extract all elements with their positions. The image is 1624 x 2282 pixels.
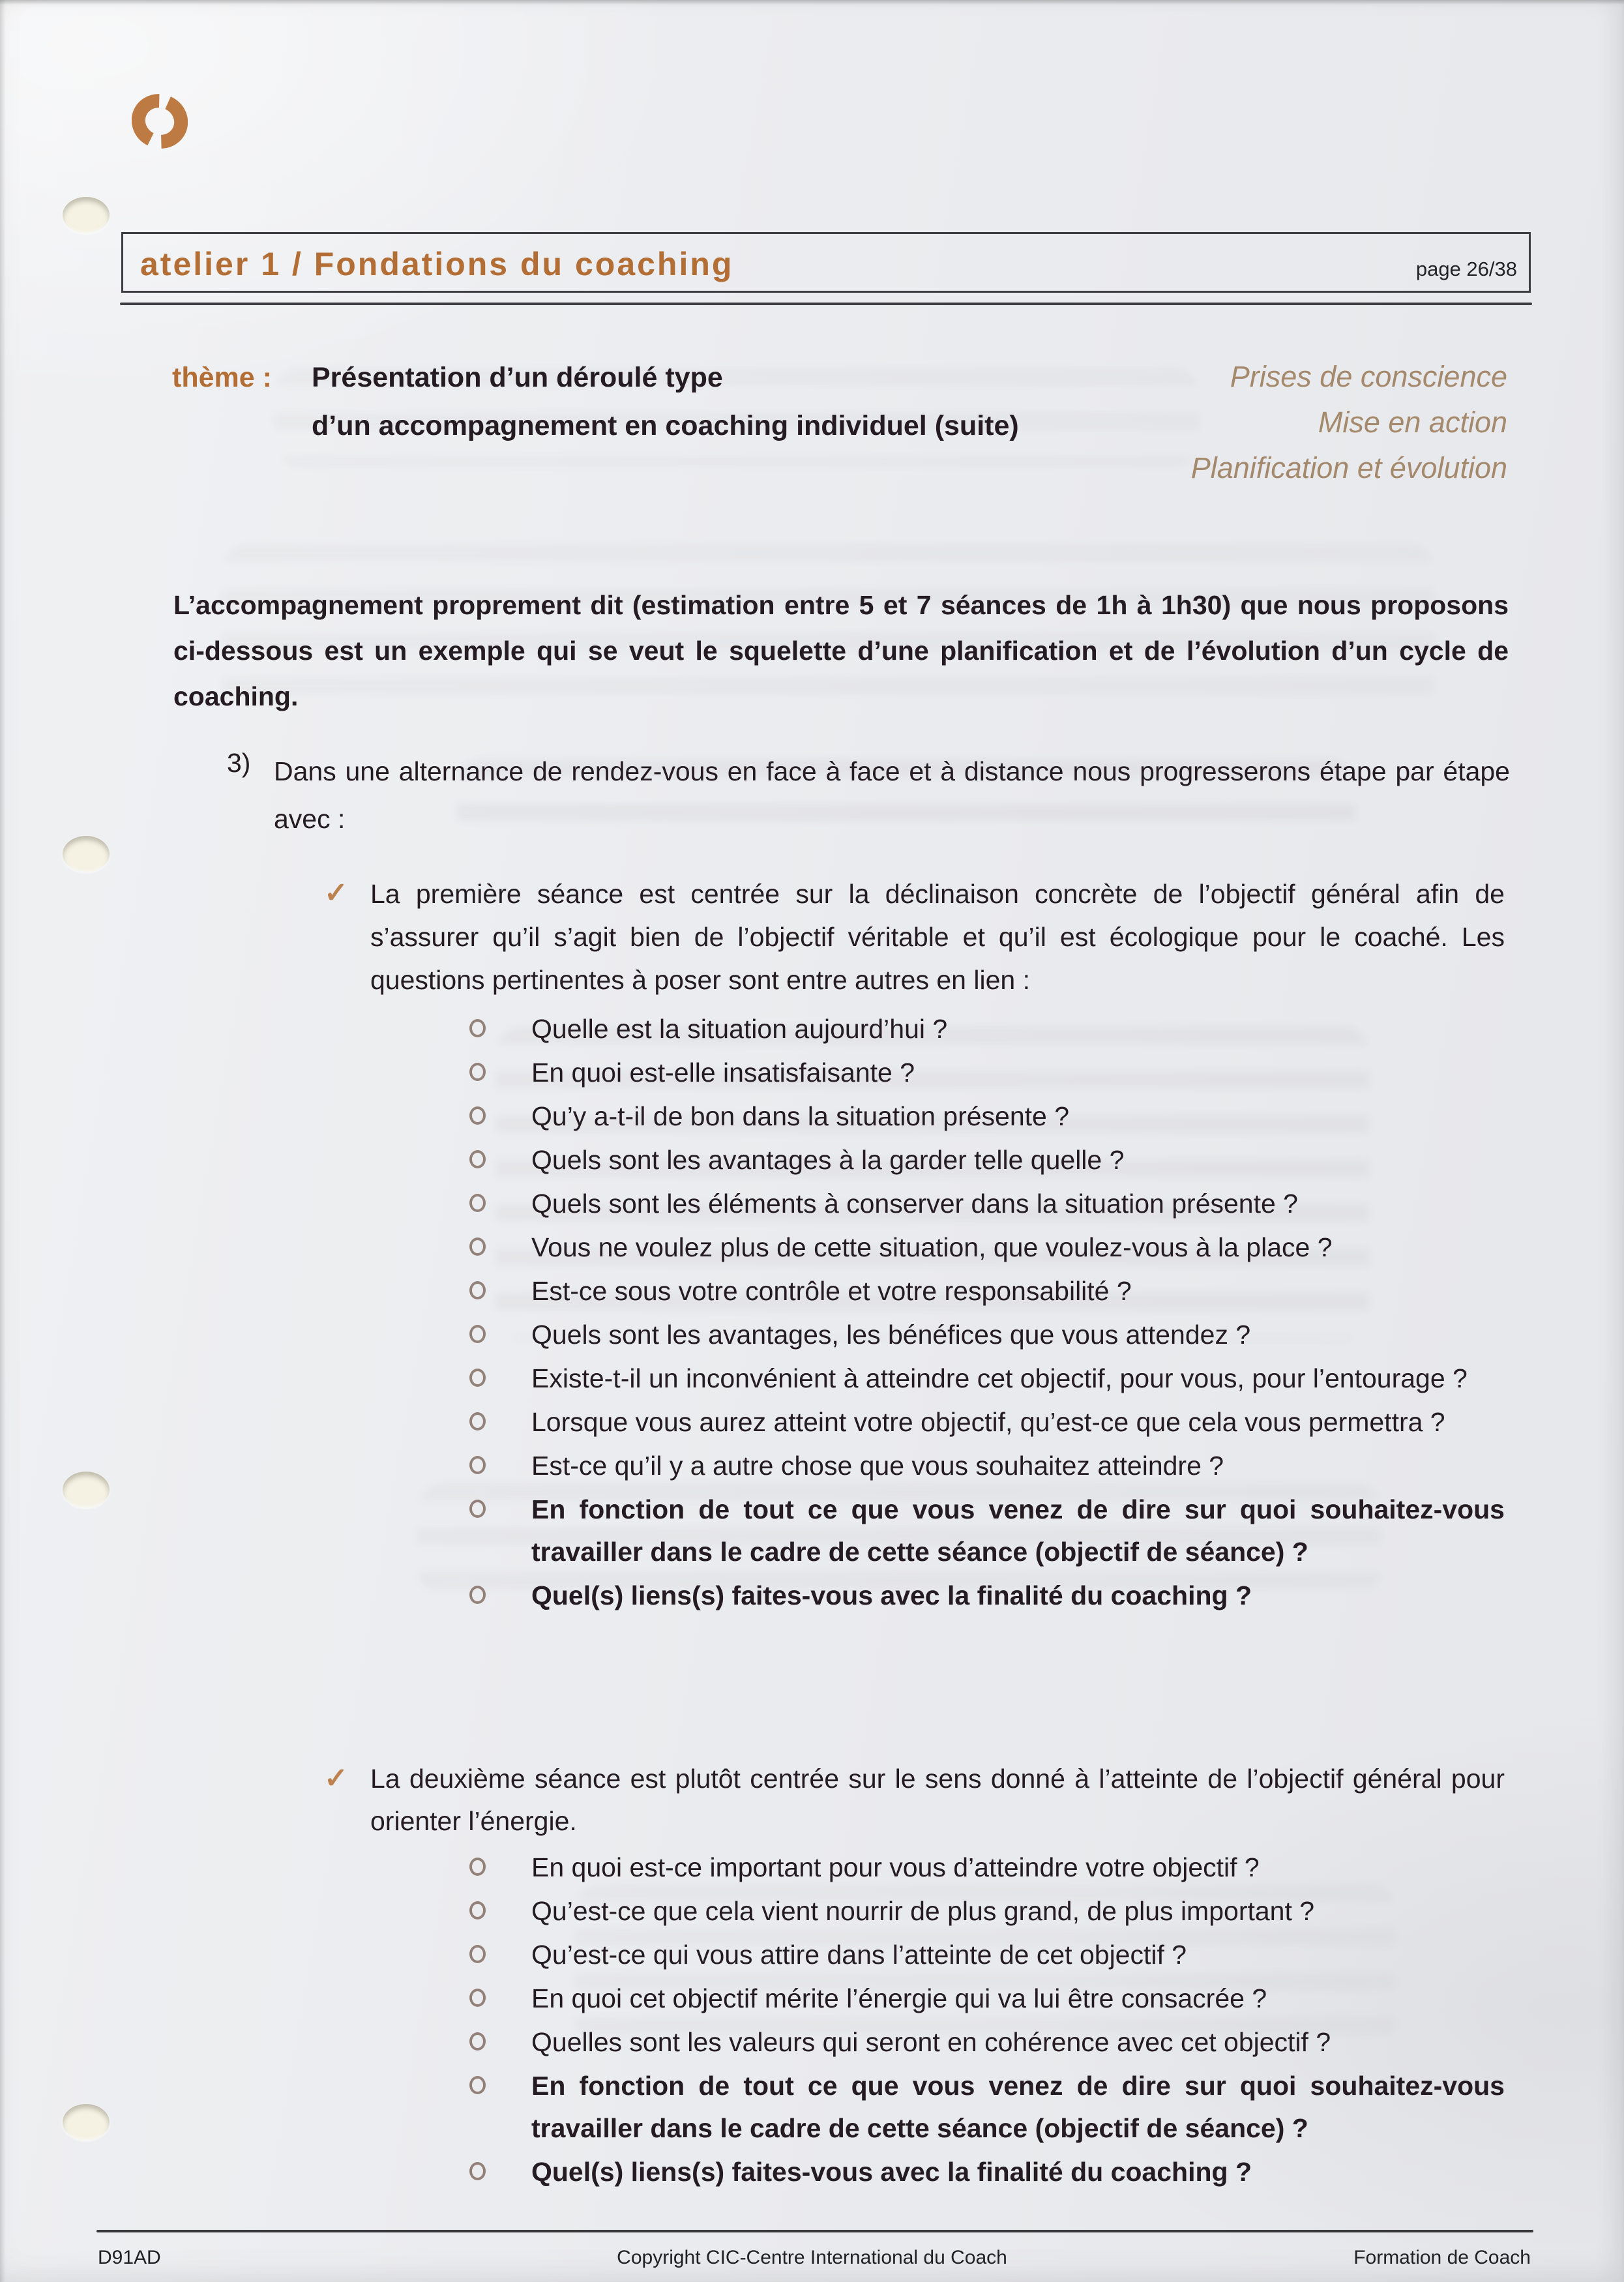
question-text: Qu’y a-t-il de bon dans la situation pré… [531, 1101, 1069, 1131]
list-item: En quoi est-ce important pour vous d’att… [464, 1846, 1505, 1889]
list-item: Quel(s) liens(s) faites-vous avec la fin… [464, 2151, 1505, 2193]
question-text: En quoi cet objectif mérite l’énergie qu… [531, 1983, 1267, 2013]
intro-paragraph: L’accompagnement proprement dit (estimat… [173, 582, 1509, 719]
question-text: Quel(s) liens(s) faites-vous avec la fin… [531, 1580, 1252, 1610]
question-text: Lorsque vous aurez atteint votre objecti… [531, 1407, 1445, 1437]
section-lead: La deuxième séance est plutôt centrée su… [370, 1758, 1505, 1843]
circle-bullet-icon [469, 1194, 486, 1212]
question-text: Qu’est-ce qui vous attire dans l’atteint… [531, 1940, 1187, 1970]
question-text: Quelles sont les valeurs qui seront en c… [531, 2027, 1331, 2057]
check-icon: ✓ [324, 1762, 348, 1795]
question-text: En quoi est-elle insatisfaisante ? [531, 1058, 915, 1088]
circle-bullet-icon [469, 1989, 486, 2007]
side-note: Prises de conscience [978, 354, 1507, 400]
numbered-item-text: Dans une alternance de rendez-vous en fa… [274, 748, 1510, 843]
circle-bullet-icon [469, 1412, 486, 1430]
footer-label: Formation de Coach [1353, 2247, 1531, 2269]
theme-title-line: Présentation d’un déroulé type [312, 362, 723, 394]
question-text: En quoi est-ce important pour vous d’att… [531, 1852, 1260, 1882]
list-item: Qu’y a-t-il de bon dans la situation pré… [464, 1095, 1505, 1138]
circle-bullet-icon [469, 1369, 486, 1387]
check-icon: ✓ [324, 876, 348, 910]
section-lead: La première séance est centrée sur la dé… [370, 872, 1505, 1001]
list-item: En quoi cet objectif mérite l’énergie qu… [464, 1978, 1505, 2020]
circle-bullet-icon [469, 1901, 486, 1919]
question-text: Quels sont les éléments à conserver dans… [531, 1189, 1298, 1219]
list-item: Quel(s) liens(s) faites-vous avec la fin… [464, 1575, 1505, 1617]
question-text: Quels sont les avantages, les bénéfices … [531, 1320, 1250, 1350]
question-text: Quel(s) liens(s) faites-vous avec la fin… [531, 2157, 1252, 2187]
list-item: Qu’est-ce qui vous attire dans l’atteint… [464, 1934, 1505, 1976]
circle-bullet-icon [469, 1500, 486, 1518]
footer-rule [96, 2230, 1533, 2232]
circle-bullet-icon [469, 1063, 486, 1081]
list-item: Quels sont les avantages à la garder tel… [464, 1139, 1505, 1181]
circle-bullet-icon [469, 1945, 486, 1963]
circle-bullet-icon [469, 1456, 486, 1474]
circle-bullet-icon [469, 1106, 486, 1125]
scan-edge-shadow-left [0, 0, 6, 2282]
list-item: Qu’est-ce que cela vient nourrir de plus… [464, 1890, 1505, 1933]
list-number: 3) [227, 748, 250, 778]
circle-bullet-icon [469, 1325, 486, 1343]
list-item: En quoi est-elle insatisfaisante ? [464, 1052, 1505, 1094]
question-text: En fonction de tout ce que vous venez de… [531, 1494, 1505, 1567]
check-section-second-session: ✓ La deuxième séance est plutôt centrée … [324, 1758, 1505, 2195]
circle-bullet-icon [469, 1237, 486, 1256]
circle-bullet-icon [469, 1019, 486, 1037]
question-text: Est-ce qu’il y a autre chose que vous so… [531, 1451, 1224, 1481]
list-item: Quelle est la situation aujourd’hui ? [464, 1008, 1505, 1050]
check-section-first-session: ✓ La première séance est centrée sur la … [324, 872, 1505, 1618]
list-item: En fonction de tout ce que vous venez de… [464, 2065, 1505, 2150]
punch-hole [63, 2104, 110, 2141]
side-note: Mise en action [978, 400, 1507, 445]
list-item: Vous ne voulez plus de cette situation, … [464, 1226, 1505, 1269]
question-text: Est-ce sous votre contrôle et votre resp… [531, 1276, 1132, 1306]
question-text: Vous ne voulez plus de cette situation, … [531, 1232, 1333, 1262]
theme-label: thème : [172, 362, 272, 394]
side-note: Planification et évolution [978, 445, 1507, 491]
list-item: Quelles sont les valeurs qui seront en c… [464, 2021, 1505, 2064]
question-text: Qu’est-ce que cela vient nourrir de plus… [531, 1896, 1314, 1926]
theme-side-notes: Prises de conscience Mise en action Plan… [978, 354, 1507, 491]
numbered-item-line: Dans une alternance de rendez-vous en fa… [274, 748, 1510, 795]
circle-bullet-icon [469, 1586, 486, 1604]
question-text: Quelle est la situation aujourd’hui ? [531, 1014, 947, 1044]
list-item: Existe-t-il un inconvénient à atteindre … [464, 1357, 1505, 1400]
scan-edge-shadow-top [0, 0, 1624, 5]
question-list: Quelle est la situation aujourd’hui ? En… [464, 1008, 1505, 1617]
punch-hole [63, 1472, 110, 1508]
numbered-item-line: avec : [274, 795, 1510, 843]
list-item: Quels sont les avantages, les bénéfices … [464, 1314, 1505, 1356]
header-rule [120, 303, 1532, 305]
circle-bullet-icon [469, 1281, 486, 1299]
question-text: Quels sont les avantages à la garder tel… [531, 1145, 1124, 1175]
header-bar: atelier 1 / Fondations du coaching page … [121, 232, 1531, 293]
circle-bullet-icon [469, 2076, 486, 2094]
page-title: atelier 1 / Fondations du coaching [140, 245, 733, 283]
question-text: En fonction de tout ce que vous venez de… [531, 2071, 1505, 2143]
scanned-document-page: atelier 1 / Fondations du coaching page … [0, 0, 1624, 2282]
question-text: Existe-t-il un inconvénient à atteindre … [531, 1363, 1468, 1393]
cic-broken-ring-logo-icon [132, 91, 188, 151]
question-list: En quoi est-ce important pour vous d’att… [464, 1846, 1505, 2193]
punch-hole [63, 197, 110, 233]
circle-bullet-icon [469, 2032, 486, 2051]
list-item: Est-ce sous votre contrôle et votre resp… [464, 1270, 1505, 1312]
list-item: Est-ce qu’il y a autre chose que vous so… [464, 1445, 1505, 1487]
circle-bullet-icon [469, 2162, 486, 2180]
list-item: Lorsque vous aurez atteint votre objecti… [464, 1401, 1505, 1444]
circle-bullet-icon [469, 1858, 486, 1876]
list-item: En fonction de tout ce que vous venez de… [464, 1489, 1505, 1573]
page-number: page 26/38 [1416, 258, 1517, 281]
circle-bullet-icon [469, 1150, 486, 1168]
list-item: Quels sont les éléments à conserver dans… [464, 1183, 1505, 1225]
punch-hole [63, 836, 110, 872]
theme-title-line: d’un accompagnement en coaching individu… [312, 410, 1019, 442]
